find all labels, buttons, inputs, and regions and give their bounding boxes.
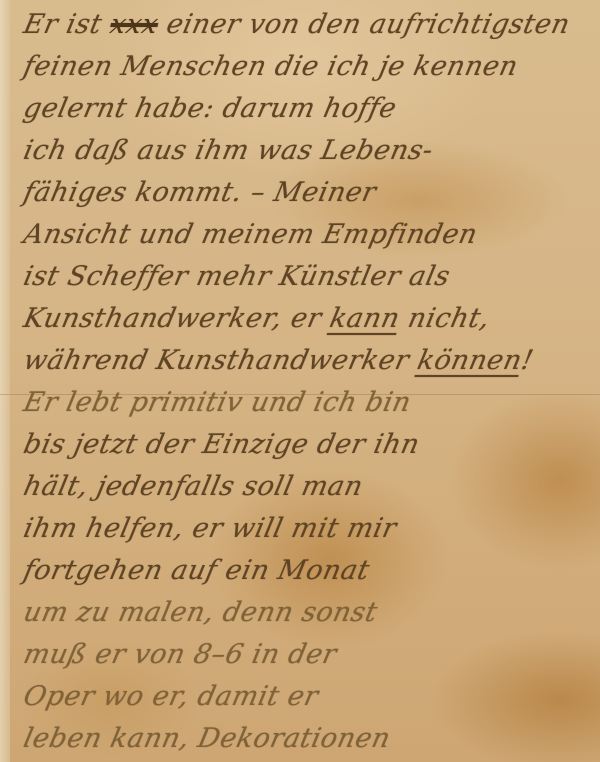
text-line-13: ihm helfen, er will mit mir [20, 508, 599, 550]
text-line-6: Ansicht und meinem Empfinden [20, 214, 599, 256]
struck-out-word: xxx [107, 9, 161, 40]
text-line-17: Oper wo er, damit er [20, 676, 599, 718]
line-8-start: Kunsthandwerker, er [21, 303, 334, 334]
text-line-8: Kunsthandwerker, er kann nicht, [20, 298, 599, 340]
text-line-16: muß er von 8–6 in der [20, 634, 599, 676]
text-line-4: ich daß aus ihm was Lebens- [20, 130, 599, 172]
text-line-11: bis jetzt der Einzige der ihn [20, 424, 599, 466]
text-line-5: fähiges kommt. – Meiner [20, 172, 599, 214]
underlined-word-kann: kann [327, 303, 403, 334]
text-line-18: leben kann, Dekorationen [20, 718, 599, 760]
text-line-9: während Kunsthandwerker können! [20, 340, 599, 382]
text-line-12: hält, jedenfalls soll man [20, 466, 599, 508]
underlined-word-koennen: können [415, 345, 525, 376]
letter-page: Er ist xxx einer von den aufrichtigsten … [0, 0, 600, 762]
line-9-start: während Kunsthandwerker [21, 345, 421, 376]
handwritten-text-block: Er ist xxx einer von den aufrichtigsten … [24, 4, 594, 760]
paper-left-edge [0, 0, 10, 762]
text-line-14: fortgehen auf ein Monat [20, 550, 599, 592]
line-1-end: einer von den aufrichtigsten [155, 9, 573, 40]
text-line-15: um zu malen, denn sonst [20, 592, 599, 634]
text-line-2: feinen Menschen die ich je kennen [20, 46, 599, 88]
text-line-7: ist Scheffer mehr Künstler als [20, 256, 599, 298]
text-line-10: Er lebt primitiv und ich bin [20, 382, 599, 424]
text-line-1: Er ist xxx einer von den aufrichtigsten [20, 4, 599, 46]
text-line-3: gelernt habe: darum hoffe [20, 88, 599, 130]
line-8-end: nicht, [396, 303, 493, 334]
line-1-start: Er ist [21, 9, 114, 40]
